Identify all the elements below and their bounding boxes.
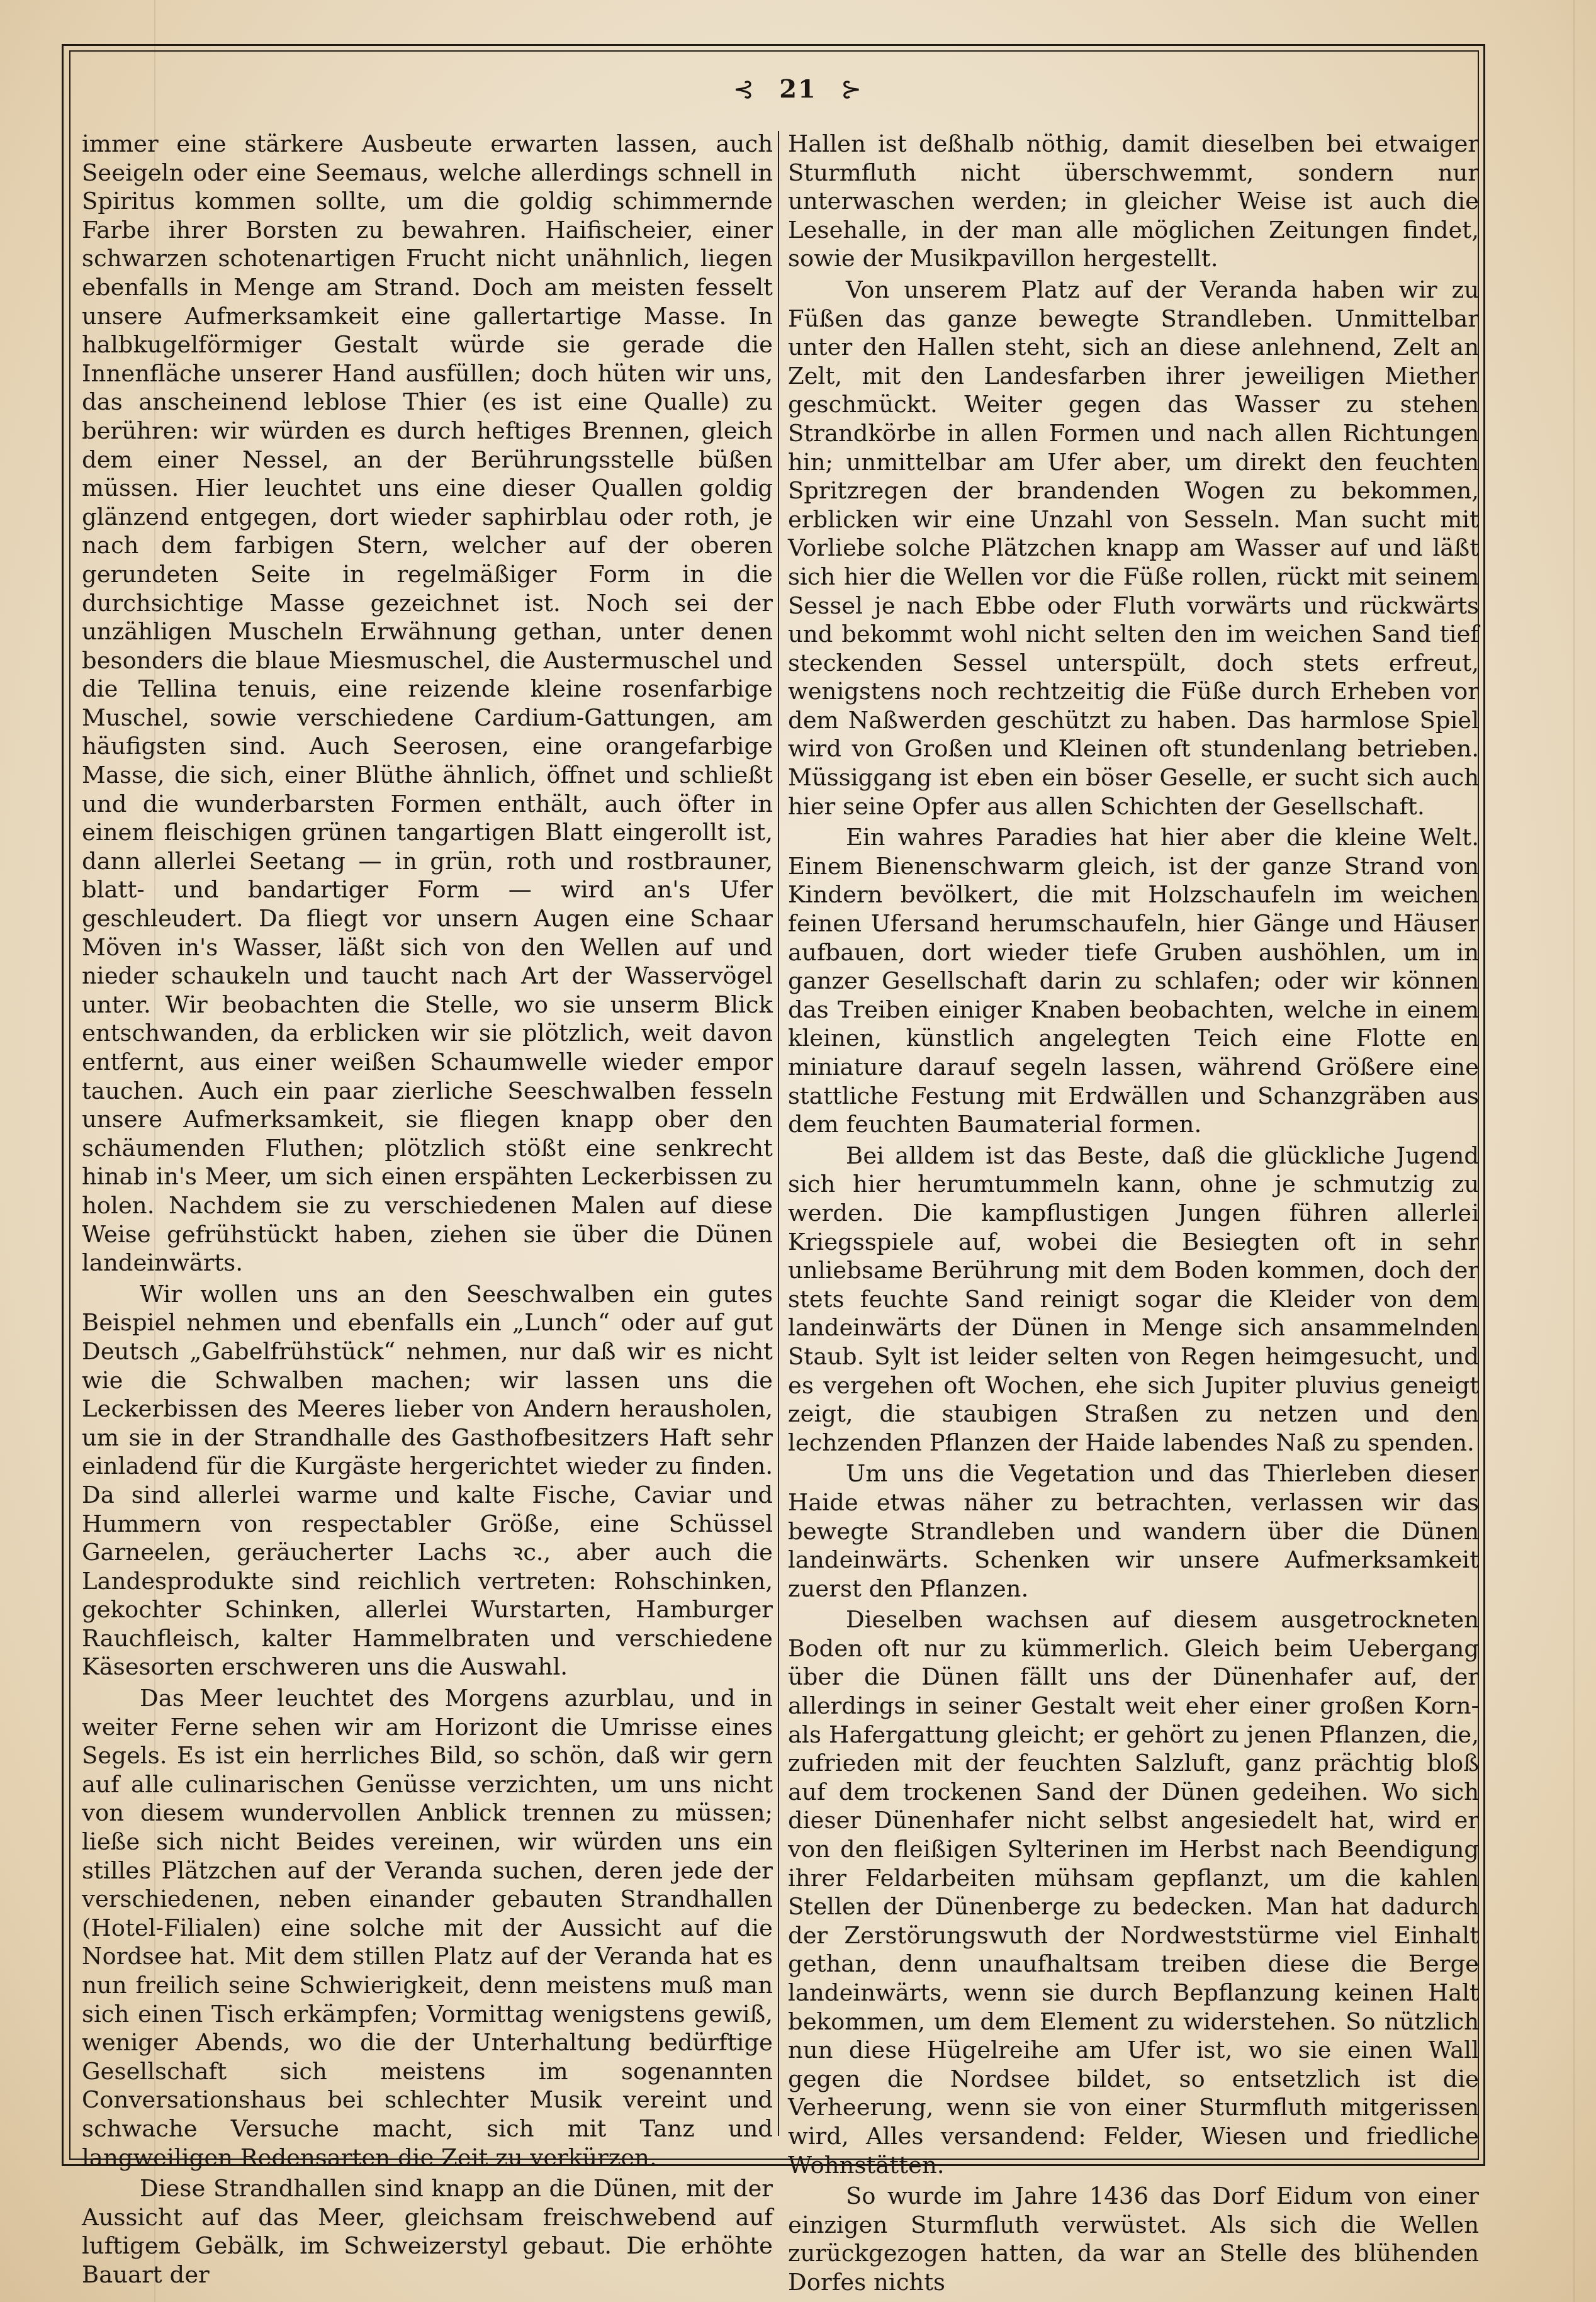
text-column-right: Hallen ist deßhalb nöthig, damit dieselb… bbox=[788, 130, 1479, 2297]
column-divider-rule bbox=[778, 131, 779, 2136]
paper-fold-line bbox=[1573, 0, 1575, 2302]
fleuron-right-icon: ⊱ bbox=[841, 75, 863, 104]
page-number-header: ⊰ 21 ⊱ bbox=[0, 74, 1596, 104]
paragraph: Um uns die Vegetation und das Thierleben… bbox=[788, 1459, 1479, 1603]
paragraph: Diese Strandhallen sind knapp an die Dün… bbox=[82, 2174, 773, 2289]
paragraph: Ein wahres Paradies hat hier aber die kl… bbox=[788, 823, 1479, 1139]
paragraph: Von unserem Platz auf der Veranda haben … bbox=[788, 276, 1479, 821]
page-number: 21 bbox=[779, 74, 817, 104]
paragraph: So wurde im Jahre 1436 das Dorf Eidum vo… bbox=[788, 2182, 1479, 2296]
paragraph: immer eine stärkere Ausbeute erwarten la… bbox=[82, 130, 773, 1277]
paragraph: Hallen ist deßhalb nöthig, damit dieselb… bbox=[788, 130, 1479, 273]
paragraph: Das Meer leuchtet des Morgens azurblau, … bbox=[82, 1684, 773, 2172]
text-column-left: immer eine stärkere Ausbeute erwarten la… bbox=[82, 130, 773, 2289]
paragraph: Bei alldem ist das Beste, daß die glückl… bbox=[788, 1142, 1479, 1457]
paragraph: Wir wollen uns an den Seeschwalben ein g… bbox=[82, 1280, 773, 1682]
paragraph: Dieselben wachsen auf diesem ausgetrockn… bbox=[788, 1605, 1479, 2179]
fleuron-left-icon: ⊰ bbox=[733, 75, 756, 104]
